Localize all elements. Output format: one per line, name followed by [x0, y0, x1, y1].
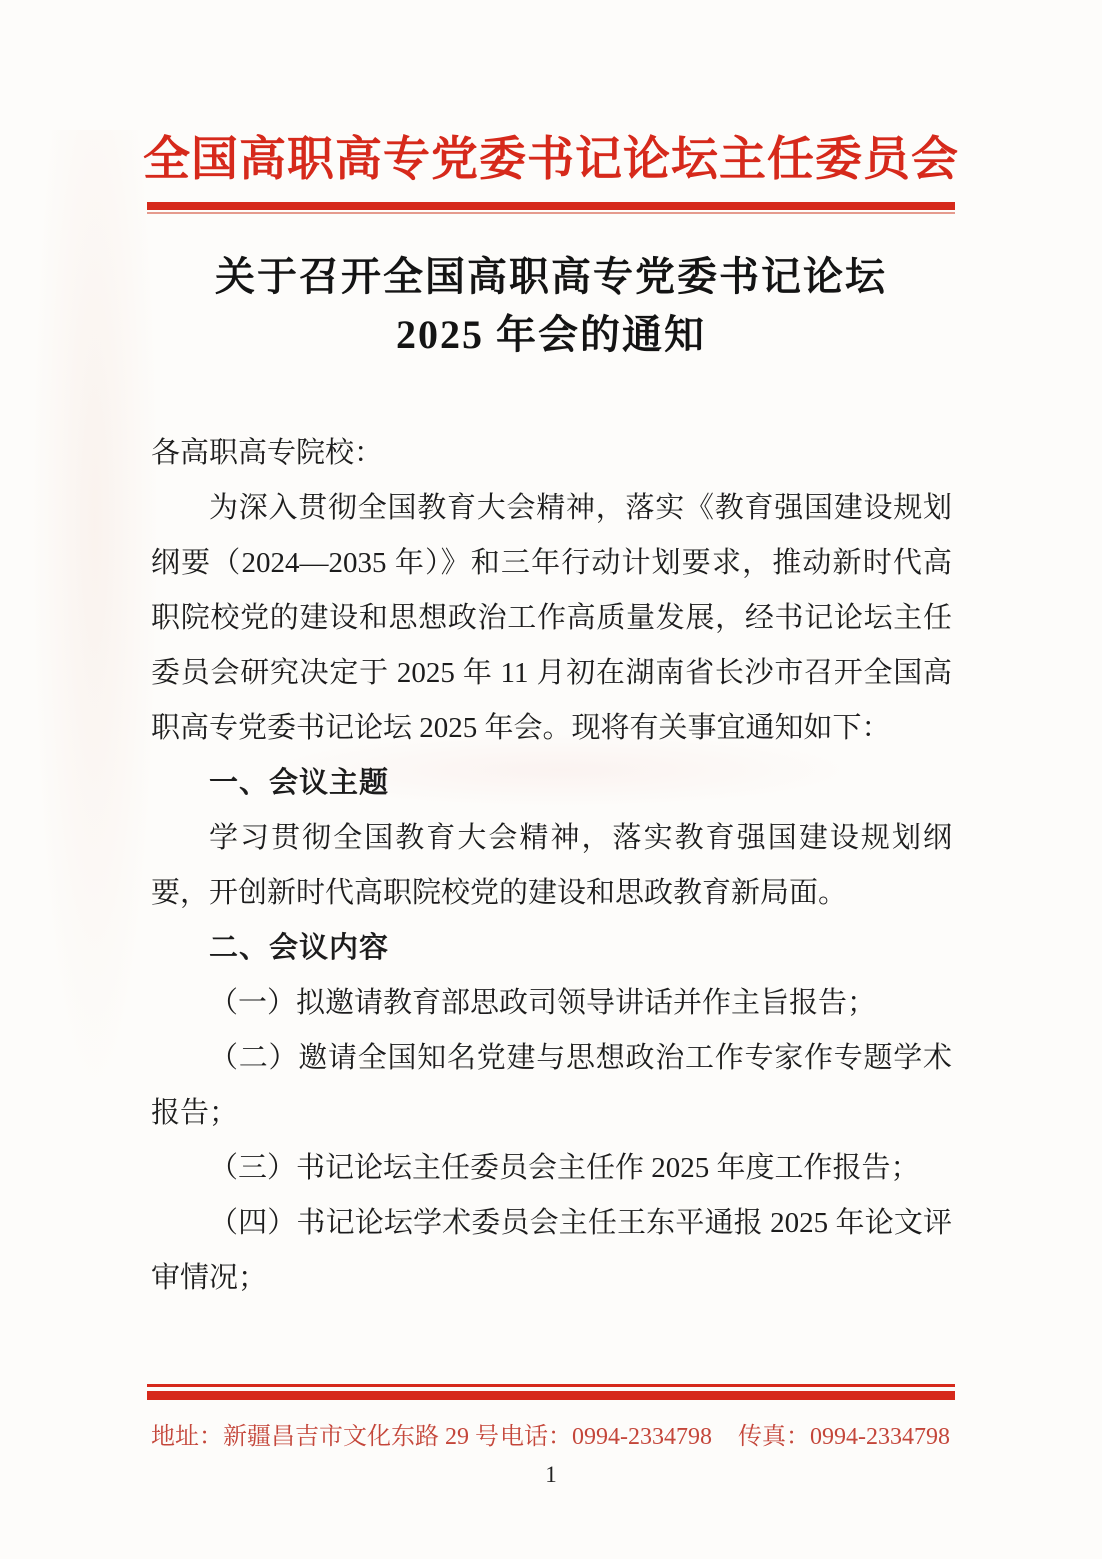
- header-rule-thin-line: [147, 212, 955, 214]
- footer-contact-info: 地址：新疆昌吉市文化东路 29 号 电话：0994-2334798 传真：099…: [151, 1416, 952, 1450]
- document-body: 各高职高专院校： 为深入贯彻全国教育大会精神，落实《教育强国建设规划纲要（202…: [151, 426, 952, 1306]
- footer-rule: [147, 1384, 955, 1400]
- doc-title-line2: 2025 年会的通知: [0, 306, 1102, 364]
- paragraph-theme: 学习贯彻全国教育大会精神，落实教育强国建设规划纲要，开创新时代高职院校党的建设和…: [151, 811, 952, 921]
- footer-phone: 电话：0994-2334798: [500, 1416, 712, 1451]
- salutation: 各高职高专院校：: [151, 426, 952, 481]
- footer-rule-thick-line: [147, 1391, 955, 1400]
- footer-fax: 传真：0994-2334798: [738, 1416, 950, 1451]
- header-rule: [147, 202, 955, 214]
- list-item-2: （二）邀请全国知名党建与思想政治工作专家作专题学术报告；: [151, 1031, 952, 1141]
- org-title: 全国高职高专党委书记论坛主任委员会: [0, 122, 1102, 189]
- list-item-4: （四）书记论坛学术委员会主任王东平通报 2025 年论文评审情况；: [151, 1196, 952, 1306]
- list-item-1: （一）拟邀请教育部思政司领导讲话并作主旨报告；: [151, 976, 952, 1031]
- doc-title: 关于召开全国高职高专党委书记论坛 2025 年会的通知: [0, 248, 1102, 364]
- list-item-3: （三）书记论坛主任委员会主任作 2025 年度工作报告；: [151, 1141, 952, 1196]
- doc-title-line1: 关于召开全国高职高专党委书记论坛: [0, 248, 1102, 306]
- document-page: 全国高职高专党委书记论坛主任委员会 关于召开全国高职高专党委书记论坛 2025 …: [0, 0, 1102, 1559]
- paragraph-intro: 为深入贯彻全国教育大会精神，落实《教育强国建设规划纲要（2024—2035 年）…: [151, 481, 952, 756]
- header-rule-thick-line: [147, 202, 955, 210]
- footer-address: 地址：新疆昌吉市文化东路 29 号: [151, 1416, 499, 1451]
- section-heading-2: 二、会议内容: [151, 921, 952, 976]
- section-heading-1: 一、会议主题: [151, 756, 952, 811]
- footer-rule-thin-line: [147, 1384, 955, 1387]
- page-number: 1: [0, 1462, 1102, 1488]
